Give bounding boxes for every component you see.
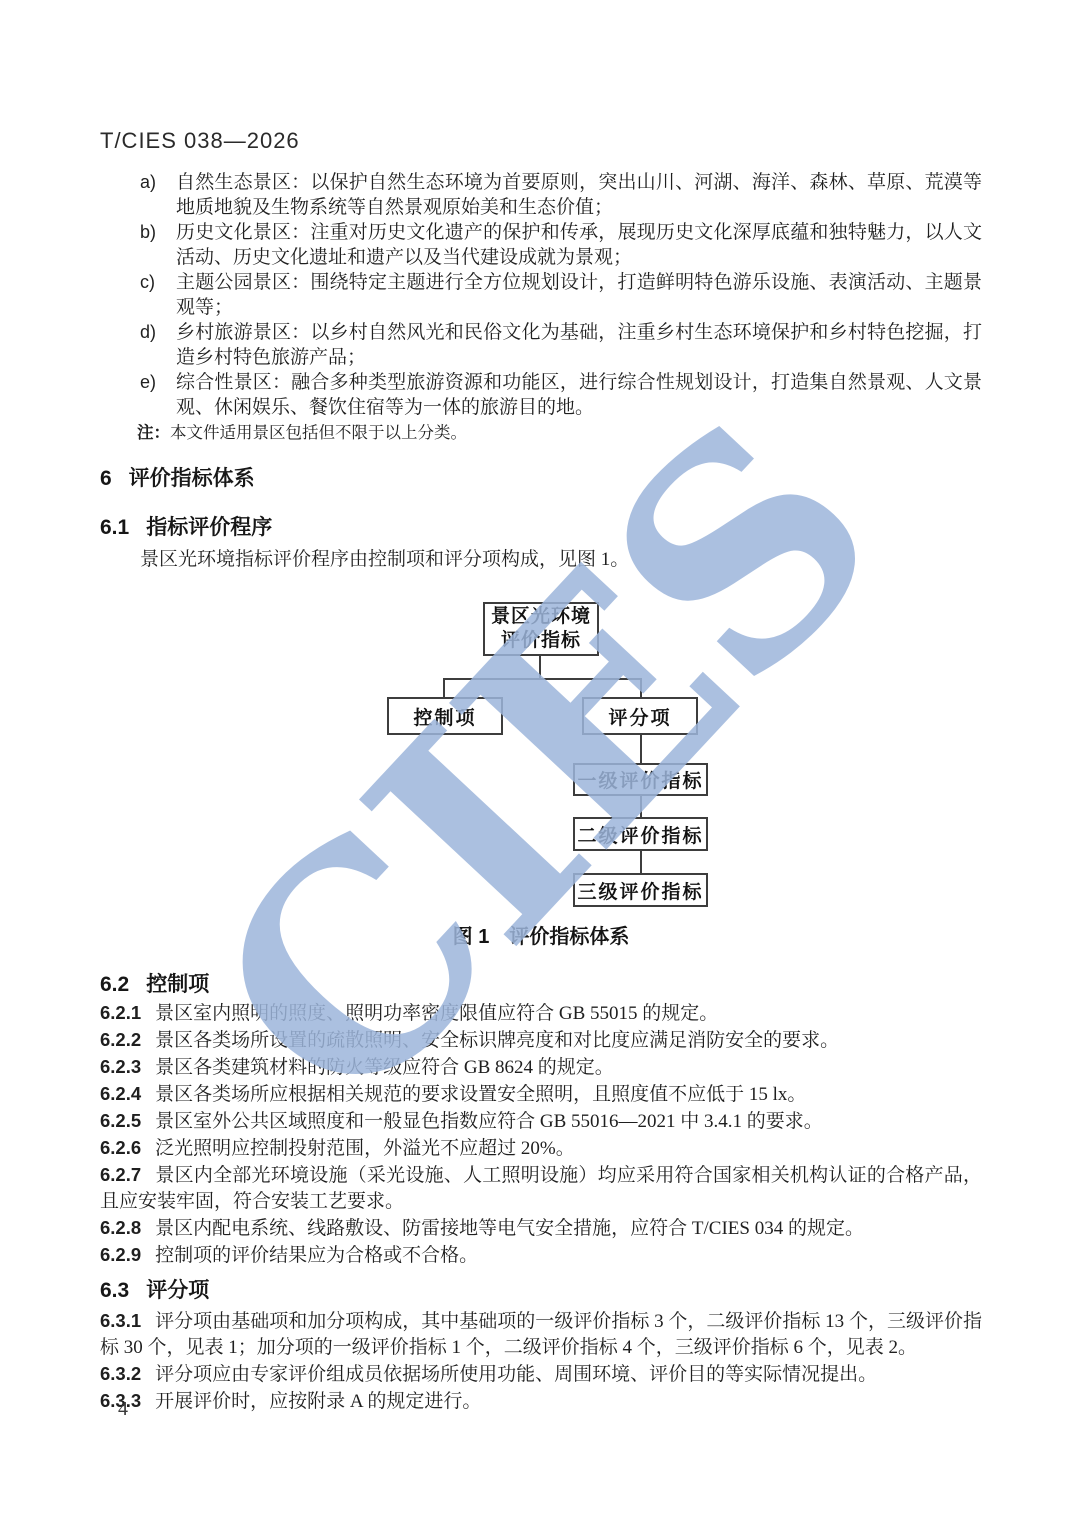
section-6-2-clauses: 6.2.1景区室内照明的照度、照明功率密度限值应符合 GB 55015 的规定。…: [100, 1000, 982, 1269]
clause-text: 开展评价时，应按附录 A 的规定进行。: [155, 1391, 481, 1412]
clause-number: 6.2.2: [100, 1029, 141, 1050]
list-item: c) 主题公园景区：围绕特定主题进行全方位规划设计，打造鲜明特色游乐设施、表演活…: [100, 270, 982, 320]
note-line: 注：本文件适用景区包括但不限于以上分类。: [137, 422, 1019, 444]
flow-node-root-line2: 评价指标: [501, 629, 581, 653]
list-item-text: 综合性景区：融合多种类型旅游资源和功能区，进行综合性规划设计，打造集自然景观、人…: [176, 372, 982, 418]
connector-line: [443, 678, 445, 699]
clause-number: 6.2.4: [100, 1083, 141, 1104]
clause-text: 景区各类场所应根据相关规范的要求设置安全照明，且照度值不应低于 15 lx。: [155, 1084, 806, 1105]
clause-text: 景区各类建筑材料的防火等级应符合 GB 8624 的规定。: [155, 1057, 614, 1078]
figure-caption-title: 评价指标体系: [509, 926, 629, 948]
clause-text: 控制项的评价结果应为合格或不合格。: [155, 1245, 478, 1266]
document-page: CIES T/CIES 038—2026 a) 自然生态景区：以保护自然生态环境…: [0, 0, 1080, 1526]
section-6-3-heading: 6.3评分项: [100, 1274, 982, 1304]
list-item-text: 乡村旅游景区：以乡村自然风光和民俗文化为基础，注重乡村生态环境保护和乡村特色挖掘…: [176, 322, 982, 368]
clause: 6.2.9控制项的评价结果应为合格或不合格。: [100, 1242, 982, 1269]
flow-node-scoring-items: 评分项: [582, 697, 698, 735]
clause-number: 6.2.3: [100, 1056, 141, 1077]
flow-node-level1-indicator: 一级评价指标: [573, 763, 708, 796]
clause-text: 景区各类场所设置的疏散照明、安全标识牌亮度和对比度应满足消防安全的要求。: [155, 1030, 839, 1051]
section-title: 指标评价程序: [146, 516, 272, 539]
connector-line: [640, 735, 642, 763]
section-number: 6.2: [100, 973, 129, 997]
list-item: a) 自然生态景区：以保护自然生态环境为首要原则，突出山川、河湖、海洋、森林、草…: [100, 170, 982, 220]
clause: 6.3.3开展评价时，应按附录 A 的规定进行。: [100, 1388, 982, 1415]
list-item-text: 主题公园景区：围绕特定主题进行全方位规划设计，打造鲜明特色游乐设施、表演活动、主…: [176, 272, 982, 318]
connector-line: [640, 851, 642, 873]
list-item-label: b): [140, 220, 156, 245]
section-6-heading: 6评价指标体系: [100, 462, 982, 492]
figure-caption-label: 图 1: [453, 926, 490, 948]
flow-node-level2-indicator: 二级评价指标: [573, 817, 708, 851]
clause-text: 评分项由基础项和加分项构成，其中基础项的一级评价指标 3 个，二级评价指标 13…: [100, 1311, 982, 1358]
list-item-label: c): [140, 270, 155, 295]
list-item-text: 历史文化景区：注重对历史文化遗产的保护和传承，展现历史文化深厚底蕴和独特魅力，以…: [176, 222, 982, 268]
connector-line: [539, 656, 541, 680]
list-item-label: a): [140, 170, 156, 195]
section-number: 6.3: [100, 1279, 129, 1303]
section-number: 6: [100, 467, 112, 491]
flow-node-root: 景区光环境 评价指标: [483, 602, 599, 656]
clause: 6.2.7景区内全部光环境设施（采光设施、人工照明设施）均应采用符合国家相关机构…: [100, 1162, 982, 1215]
scenic-area-type-list: a) 自然生态景区：以保护自然生态环境为首要原则，突出山川、河湖、海洋、森林、草…: [100, 170, 982, 420]
section-6-2-heading: 6.2控制项: [100, 968, 982, 998]
clause: 6.2.8景区内配电系统、线路敷设、防雷接地等电气安全措施，应符合 T/CIES…: [100, 1215, 982, 1242]
flow-node-control-items: 控制项: [387, 697, 503, 735]
section-title: 控制项: [146, 973, 209, 996]
clause: 6.2.6泛光照明应控制投射范围，外溢光不应超过 20%。: [100, 1135, 982, 1162]
section-6-1-heading: 6.1指标评价程序: [100, 511, 982, 541]
connector-line: [640, 678, 642, 699]
list-item-label: d): [140, 320, 156, 345]
clause-number: 6.2.7: [100, 1164, 141, 1185]
clause-number: 6.3.1: [100, 1310, 141, 1331]
page-number: 4: [118, 1398, 128, 1421]
connector-line: [443, 678, 642, 680]
clause: 6.2.3景区各类建筑材料的防火等级应符合 GB 8624 的规定。: [100, 1054, 982, 1081]
clause: 6.3.1评分项由基础项和加分项构成，其中基础项的一级评价指标 3 个，二级评价…: [100, 1308, 982, 1361]
flow-node-root-line1: 景区光环境: [491, 605, 591, 629]
list-item-label: e): [140, 370, 156, 395]
clause-text: 景区内全部光环境设施（采光设施、人工照明设施）均应采用符合国家相关机构认证的合格…: [100, 1165, 982, 1212]
note-text: 本文件适用景区包括但不限于以上分类。: [170, 423, 467, 442]
section-title: 评价指标体系: [129, 467, 255, 490]
figure-caption: 图 1评价指标体系: [100, 920, 982, 949]
note-label: 注：: [137, 423, 170, 442]
clause-number: 6.2.6: [100, 1137, 141, 1158]
list-item: b) 历史文化景区：注重对历史文化遗产的保护和传承，展现历史文化深厚底蕴和独特魅…: [100, 220, 982, 270]
clause-text: 景区内配电系统、线路敷设、防雷接地等电气安全措施，应符合 T/CIES 034 …: [155, 1218, 864, 1239]
section-6-1-paragraph: 景区光环境指标评价程序由控制项和评分项构成，见图 1。: [100, 547, 982, 572]
clause: 6.3.2评分项应由专家评价组成员依据场所使用功能、周围环境、评价目的等实际情况…: [100, 1361, 982, 1388]
clause-number: 6.2.8: [100, 1217, 141, 1238]
clause: 6.2.1景区室内照明的照度、照明功率密度限值应符合 GB 55015 的规定。: [100, 1000, 982, 1027]
document-number-header: T/CIES 038—2026: [100, 128, 982, 154]
connector-line: [640, 796, 642, 817]
figure-1-flowchart: 景区光环境 评价指标 控制项 评分项 一级评价指标 二级评价指标 三级评价指标 …: [100, 602, 982, 952]
list-item: e) 综合性景区：融合多种类型旅游资源和功能区，进行综合性规划设计，打造集自然景…: [100, 370, 982, 420]
section-6-3-clauses: 6.3.1评分项由基础项和加分项构成，其中基础项的一级评价指标 3 个，二级评价…: [100, 1308, 982, 1415]
flow-node-level3-indicator: 三级评价指标: [573, 873, 708, 907]
clause-text: 景区室内照明的照度、照明功率密度限值应符合 GB 55015 的规定。: [155, 1003, 718, 1024]
clause-number: 6.2.1: [100, 1002, 141, 1023]
clause-text: 景区室外公共区域照度和一般显色指数应符合 GB 55016—2021 中 3.4…: [155, 1111, 823, 1132]
section-number: 6.1: [100, 516, 129, 540]
clause-number: 6.2.9: [100, 1244, 141, 1265]
clause: 6.2.2景区各类场所设置的疏散照明、安全标识牌亮度和对比度应满足消防安全的要求…: [100, 1027, 982, 1054]
clause: 6.2.5景区室外公共区域照度和一般显色指数应符合 GB 55016—2021 …: [100, 1108, 982, 1135]
clause-text: 泛光照明应控制投射范围，外溢光不应超过 20%。: [155, 1138, 575, 1159]
clause: 6.2.4景区各类场所应根据相关规范的要求设置安全照明，且照度值不应低于 15 …: [100, 1081, 982, 1108]
clause-text: 评分项应由专家评价组成员依据场所使用功能、周围环境、评价目的等实际情况提出。: [155, 1364, 877, 1385]
list-item: d) 乡村旅游景区：以乡村自然风光和民俗文化为基础，注重乡村生态环境保护和乡村特…: [100, 320, 982, 370]
list-item-text: 自然生态景区：以保护自然生态环境为首要原则，突出山川、河湖、海洋、森林、草原、荒…: [176, 172, 982, 218]
clause-number: 6.3.2: [100, 1363, 141, 1384]
section-title: 评分项: [146, 1279, 209, 1302]
clause-number: 6.2.5: [100, 1110, 141, 1131]
